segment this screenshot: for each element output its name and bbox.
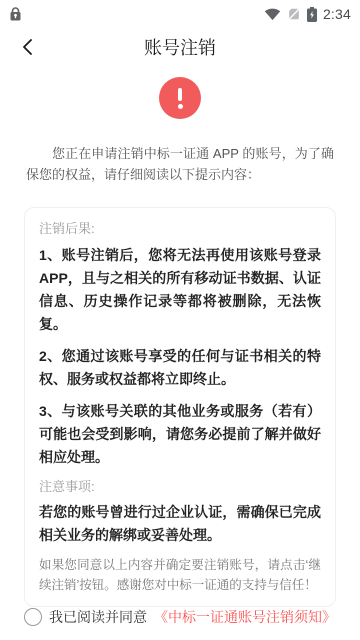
agree-text: 我已阅读并同意 — [49, 607, 147, 627]
closing-text: 如果您同意以上内容并确定要注销账号，请点击‘继续注销’按钮。感谢您对中标一证通的… — [39, 555, 321, 595]
cancellation-notice-link[interactable]: 《中标一证通账号注销须知》 — [154, 607, 336, 627]
alert-icon-wrap — [0, 77, 360, 119]
battery-charging-icon — [307, 7, 317, 22]
app-bar: 账号注销 — [0, 26, 360, 68]
back-chevron-icon — [18, 37, 38, 57]
status-bar-right: 2:34 — [264, 6, 351, 22]
page-title: 账号注销 — [0, 34, 360, 60]
back-button[interactable] — [14, 33, 42, 61]
status-bar: 2:34 — [0, 0, 360, 26]
lock-icon — [9, 7, 22, 21]
no-sim-icon — [287, 7, 301, 21]
notes-label: 注意事项: — [39, 478, 321, 495]
wifi-icon — [264, 7, 281, 21]
intro-paragraph: 您正在申请注销中标一证通 APP 的账号，为了确保您的权益，请仔细阅读以下提示内… — [26, 143, 334, 185]
notes-text: 若您的账号曾进行过企业认证，需确保已完成相关业务的解绑或妥善处理。 — [39, 501, 321, 547]
agree-checkbox[interactable] — [24, 608, 42, 626]
status-time: 2:34 — [323, 6, 351, 22]
agreement-row[interactable]: 我已阅读并同意 《中标一证通账号注销须知》 — [0, 607, 360, 627]
consequence-item-3: 3、与该账号关联的其他业务或服务（若有）可能也会受到影响，请您务必提前了解并做好… — [39, 400, 321, 469]
alert-exclamation-icon — [159, 77, 201, 119]
status-bar-left — [9, 7, 22, 21]
consequences-label: 注销后果: — [39, 220, 321, 237]
notice-card: 注销后果: 1、账号注销后，您将无法再使用该账号登录APP，且与之相关的所有移动… — [24, 207, 336, 607]
consequence-item-2: 2、您通过该账号享受的任何与证书相关的特权、服务或权益都将立即终止。 — [39, 345, 321, 391]
consequence-item-1: 1、账号注销后，您将无法再使用该账号登录APP，且与之相关的所有移动证书数据、认… — [39, 244, 321, 336]
